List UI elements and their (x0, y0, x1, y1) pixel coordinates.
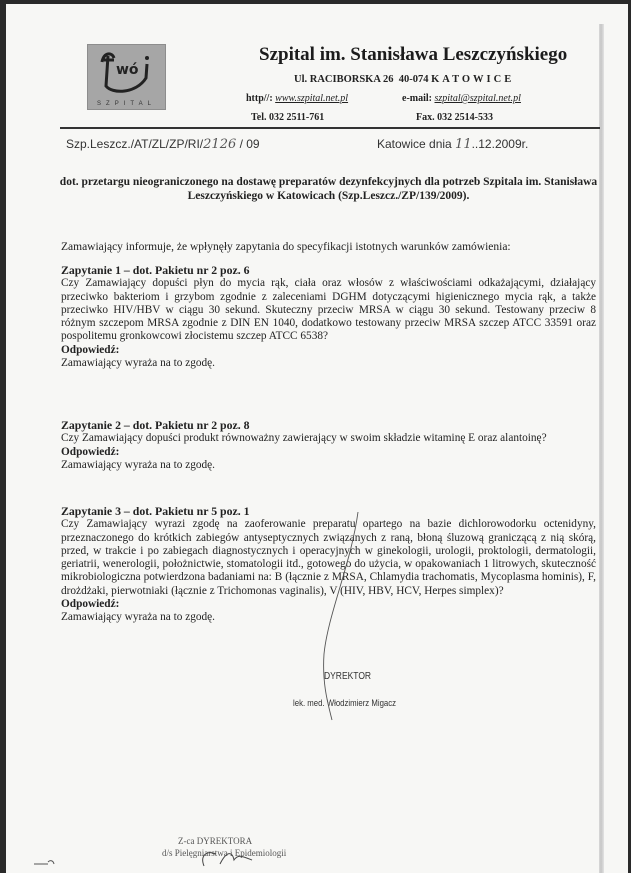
email-link[interactable]: szpital@szpital.net.pl (435, 93, 521, 104)
question-title: Zapytanie 3 – dot. Pakietu nr 5 poz. 1 (61, 505, 596, 518)
web-line: http//: www.szpital.net.pl (246, 93, 348, 104)
answer-text: Zamawiający wyraża na to zgodę. (61, 611, 596, 624)
question-title: Zapytanie 1 – dot. Pakietu nr 2 poz. 6 (61, 264, 596, 277)
answer-text: Zamawiający wyraża na to zgodę. (61, 357, 596, 370)
letter-subject: dot. przetargu nieograniczonego na dosta… (56, 175, 601, 203)
email-line: e-mail: szpital@szpital.net.pl (402, 93, 521, 104)
answer-text: Zamawiający wyraża na to zgodę. (61, 459, 596, 472)
question-block-3: Zapytanie 3 – dot. Pakietu nr 5 poz. 1 C… (61, 505, 596, 625)
letter-date: Katowice dnia 11..12.2009r. (377, 137, 528, 152)
logo-smile-icon: wó (94, 48, 158, 96)
letterhead-divider (60, 127, 600, 129)
reference-suffix: / 09 (236, 137, 259, 151)
email-label: e-mail: (402, 93, 432, 104)
tel-line: Tel. 032 2511-761 (251, 112, 324, 123)
handwritten-day: 11 (455, 137, 472, 152)
question-title: Zapytanie 2 – dot. Pakietu nr 2 poz. 8 (61, 419, 596, 432)
hospital-logo: wó SZPITAL (87, 44, 166, 110)
deputy-director-department: d/s Pielęgniarstwa i Epidemiologii (162, 848, 286, 858)
question-text: Czy Zamawiający dopuści produkt równoważ… (61, 432, 596, 445)
fax-line: Fax. 032 2514-533 (416, 112, 493, 123)
svg-text:wó: wó (116, 62, 139, 78)
answer-label: Odpowiedź: (61, 344, 596, 357)
hospital-address: Ul. RACIBORSKA 26 40-074 KATOWICE (294, 74, 514, 85)
logo-subtext: SZPITAL (88, 101, 165, 107)
question-block-2: Zapytanie 2 – dot. Pakietu nr 2 poz. 8 C… (61, 419, 596, 472)
address-postal: 40-074 (399, 74, 429, 85)
web-link[interactable]: www.szpital.net.pl (275, 93, 348, 104)
deputy-director-title: Z-ca DYREKTORA (178, 836, 252, 846)
date-suffix: ..12.2009r. (472, 137, 529, 151)
question-block-1: Zapytanie 1 – dot. Pakietu nr 2 poz. 6 C… (61, 264, 596, 370)
date-prefix: Katowice dnia (377, 137, 455, 151)
answer-label: Odpowiedź: (61, 598, 596, 611)
scanned-letter-page: wó SZPITAL Szpital im. Stanisława Leszcz… (6, 4, 628, 873)
question-text: Czy Zamawiający dopuści płyn do mycia rą… (61, 277, 596, 343)
director-name: lek. med. Włodzimierz Migacz (293, 698, 396, 709)
answer-label: Odpowiedź: (61, 446, 596, 459)
address-city: KATOWICE (431, 74, 514, 85)
reference-prefix: Szp.Leszcz./AT/ZL/ZP/RI/ (66, 137, 203, 151)
web-label: http//: (246, 93, 273, 104)
address-street: Ul. RACIBORSKA 26 (294, 74, 393, 85)
hospital-name: Szpital im. Stanisława Leszczyńskiego (259, 44, 567, 66)
director-title: DYREKTOR (324, 671, 371, 682)
question-text: Czy Zamawiający wyrazi zgodę na zaoferow… (61, 518, 596, 598)
intro-paragraph: Zamawiający informuje, że wpłynęły zapyt… (61, 241, 511, 253)
scan-edge-shadow (599, 24, 604, 873)
reference-number: Szp.Leszcz./AT/ZL/ZP/RI/2126 / 09 (66, 137, 260, 152)
handwritten-reference-number: 2126 (203, 137, 236, 152)
